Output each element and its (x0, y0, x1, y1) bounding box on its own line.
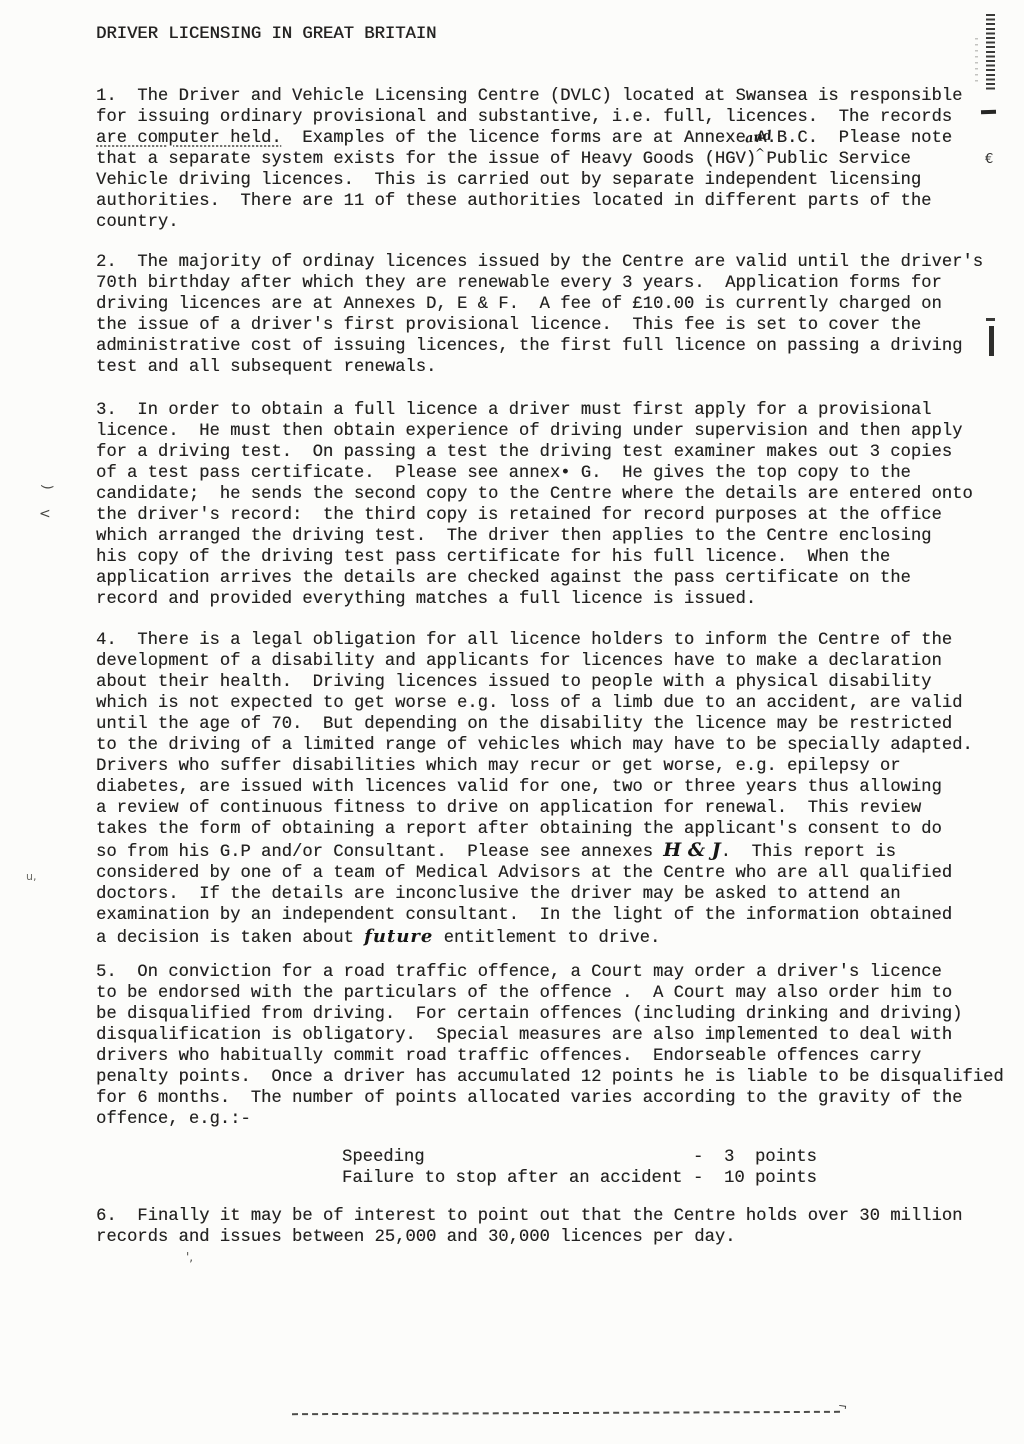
offence-label: Speeding (342, 1147, 425, 1168)
paragraph-4-text-c: entitlement to drive. (433, 929, 660, 948)
paragraph-4: 4. There is a legal obligation for all l… (96, 630, 973, 949)
bottom-dashed-line (292, 1411, 840, 1415)
handwritten-annex-refs: H & J (663, 839, 720, 861)
margin-angle-mark: < (39, 506, 51, 522)
points-value: 10 points (724, 1168, 817, 1189)
scanned-document-page: € ) < u, ', ¬ DRIVER LICENSING IN GREAT … (0, 0, 1024, 1444)
paragraph-2: 2. The majority of ordinay licences issu… (96, 252, 983, 378)
paragraph-1-text-a: 1. The Driver and Vehicle Licensing Cent… (96, 87, 962, 127)
binding-edge-mark-faint (975, 38, 978, 82)
paragraph-3: 3. In order to obtain a full licence a d… (96, 400, 973, 610)
binding-edge-mark (986, 14, 995, 90)
points-value: 3 points (724, 1147, 817, 1168)
paragraph-4-text-a: 4. There is a legal obligation for all l… (96, 631, 973, 862)
margin-curl-mark: ) (39, 484, 55, 491)
margin-pen-mark: € (985, 152, 993, 167)
paragraph-6: 6. Finally it may be of interest to poin… (96, 1206, 962, 1248)
insertion-caret-mark: ^ (755, 146, 765, 160)
paragraph-5: 5. On conviction for a road traffic offe… (96, 962, 1004, 1130)
margin-squiggle-mark: u, (26, 870, 36, 883)
margin-bar-mark (989, 326, 994, 356)
margin-bar-tick (986, 318, 995, 321)
page-title: DRIVER LICENSING IN GREAT BRITAIN (96, 24, 436, 45)
dash-separator: - (693, 1147, 703, 1168)
paragraph-1-underlined-text: are computer held. (96, 129, 282, 148)
dash-separator: - (693, 1168, 703, 1189)
margin-dash-mark (981, 110, 996, 114)
paragraph-1: 1. The Driver and Vehicle Licensing Cent… (96, 86, 962, 233)
bottom-tick-mark: ', (186, 1250, 193, 1264)
handwritten-word-future: future (364, 926, 433, 947)
offence-label: Failure to stop after an accident (342, 1168, 682, 1189)
